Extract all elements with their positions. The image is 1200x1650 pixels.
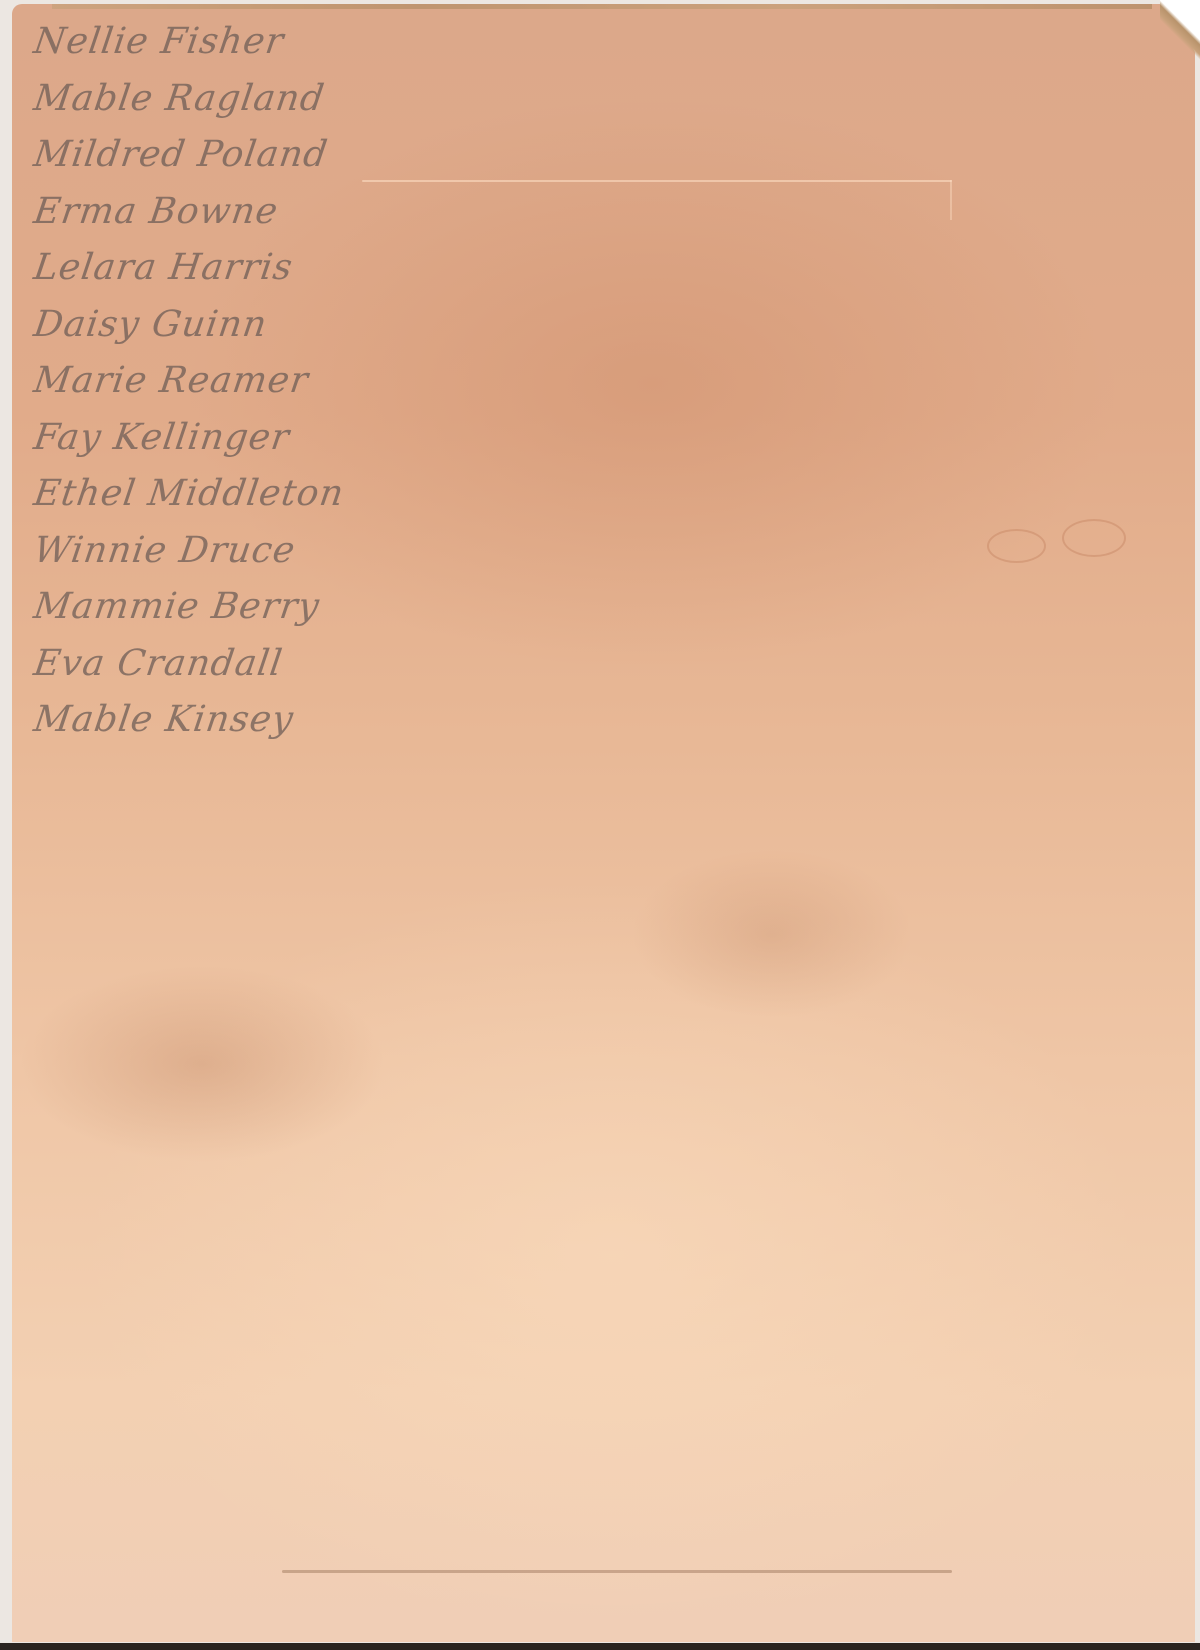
name-entry: Mable Kinsey xyxy=(30,692,348,749)
name-entry: Mable Ragland xyxy=(30,71,348,128)
name-entry: Ethel Middleton xyxy=(30,466,348,523)
water-stain xyxy=(987,529,1046,563)
name-entry: Fay Kellinger xyxy=(30,410,348,467)
name-entry: Nellie Fisher xyxy=(30,14,348,71)
name-entry: Daisy Guinn xyxy=(30,297,348,354)
name-entry: Lelara Harris xyxy=(30,240,348,297)
name-entry: Erma Bowne xyxy=(30,184,348,241)
embossed-frame-line-top xyxy=(362,180,952,182)
name-entry: Mildred Poland xyxy=(30,127,348,184)
cabinet-card-back: Nellie Fisher Mable Ragland Mildred Pola… xyxy=(12,4,1195,1642)
name-entry: Winnie Druce xyxy=(30,523,348,580)
embossed-frame-corner xyxy=(950,180,952,220)
name-list: Nellie Fisher Mable Ragland Mildred Pola… xyxy=(34,14,344,749)
name-entry: Marie Reamer xyxy=(30,353,348,410)
worn-top-edge xyxy=(52,4,1152,9)
embossed-frame-line-bottom xyxy=(282,1570,952,1573)
name-entry: Mammie Berry xyxy=(30,579,348,636)
damaged-corner xyxy=(1160,0,1200,60)
name-entry: Eva Crandall xyxy=(30,636,348,693)
scanned-page: Nellie Fisher Mable Ragland Mildred Pola… xyxy=(0,0,1200,1650)
water-stain xyxy=(1062,519,1126,557)
scanner-edge xyxy=(0,1643,1200,1650)
